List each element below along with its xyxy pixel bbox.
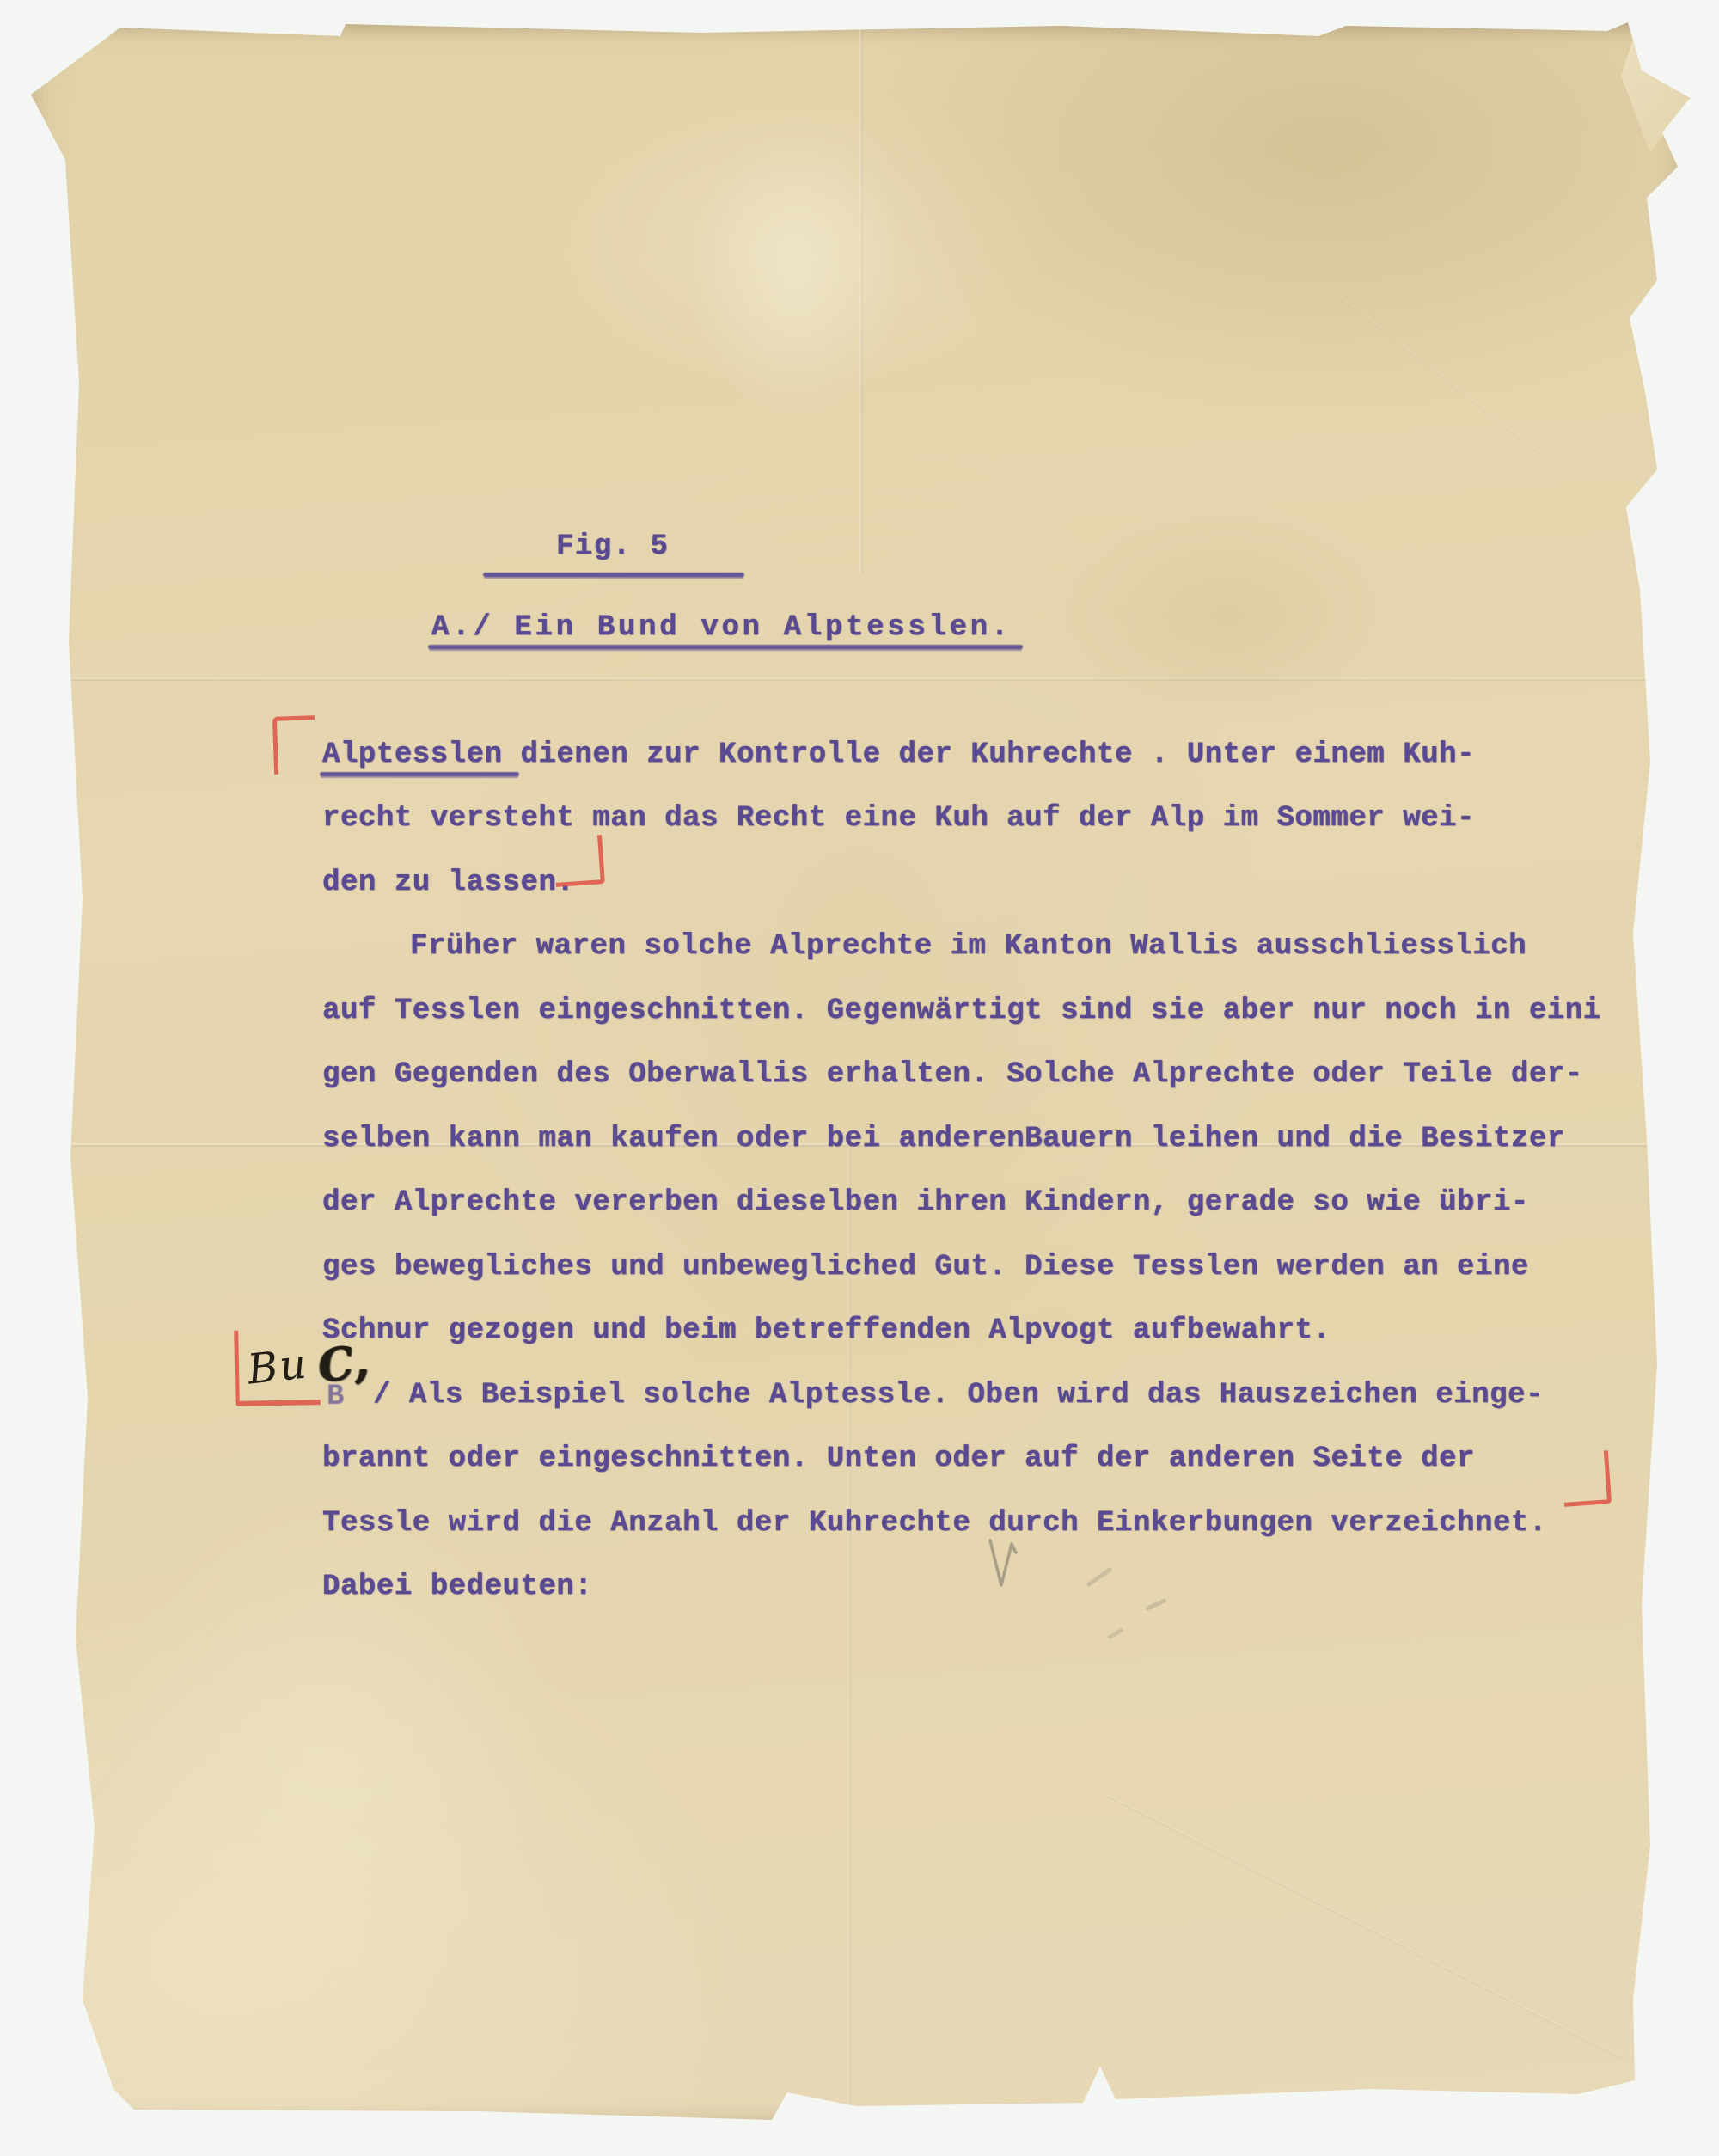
vertical-fold-crease-lower: [847, 1148, 851, 2120]
underlined-word-alptesslen: Alptesslen: [322, 738, 503, 771]
paragraph-2-line-7: Schnur gezogen und beim betreffenden Alp…: [322, 1314, 1331, 1348]
paragraph-2-line-4: selben kann man kaufen oder bei anderenB…: [322, 1122, 1565, 1156]
red-bracket-close-paragraph-1: [553, 835, 605, 887]
red-bracket-open-paragraph-3: [234, 1329, 321, 1406]
pencil-smudge-3: [1107, 1627, 1124, 1639]
figure-label-underline: [483, 573, 744, 577]
paper-sheet: Fig. 5 A./ Ein Bund von Alptesslen. Alpt…: [31, 22, 1690, 2125]
paragraph-3-line-1: / Als Beispiel solche Alptessle. Oben wi…: [373, 1378, 1544, 1412]
paragraph-3-line-2: brannt oder eingeschnitten. Unten oder a…: [322, 1442, 1475, 1476]
pencil-smudge-2: [1145, 1598, 1167, 1612]
paragraph-2-line-5: der Alprechte vererben dieselben ihren K…: [322, 1185, 1529, 1220]
diagonal-crease-bottom-left: [82, 1600, 232, 1812]
diagonal-crease-bottom-right: [1104, 1793, 1626, 2061]
red-bracket-open-paragraph-1: [272, 715, 316, 775]
paragraph-1-line-2: recht versteht man das Recht eine Kuh au…: [322, 801, 1475, 836]
section-heading-underline: [428, 645, 1023, 649]
figure-label: Fig. 5: [556, 530, 669, 564]
section-heading: A./ Ein Bund von Alptesslen.: [431, 610, 1012, 645]
horizontal-fold-crease-upper: [31, 677, 1690, 681]
pencil-smudge-1: [1086, 1567, 1113, 1588]
diagonal-crease-top-left: [64, 126, 275, 205]
paper-light-patch-bottom: [108, 1484, 555, 2017]
paper-dark-patch: [1045, 504, 1406, 727]
diagonal-crease-top-right: [1319, 280, 1565, 473]
paragraph-1-line-1-rest: dienen zur Kontrolle der Kuhrechte . Unt…: [503, 738, 1475, 771]
paragraph-1-line-1: Alptesslen dienen zur Kontrolle der Kuhr…: [322, 738, 1475, 772]
paragraph-2-line-2: auf Tesslen eingeschnitten. Gegenwärtigt…: [322, 994, 1601, 1028]
paragraph-1-line-3: den zu lassen.: [322, 866, 574, 900]
torn-corner-flap: [1612, 24, 1691, 168]
paragraph-2-line-1: Früher waren solche Alprechte im Kanton …: [410, 929, 1526, 964]
red-bracket-close-paragraph-3: [1561, 1450, 1612, 1507]
paragraph-3-line-3: Tessle wird die Anzahl der Kuhrechte dur…: [322, 1506, 1547, 1540]
handwritten-overwrite-c: C,: [315, 1334, 371, 1393]
alptesslen-underline: [320, 772, 519, 776]
scanned-document-page: { "page": { "description": "Scanned type…: [0, 0, 1719, 2156]
paragraph-3-line-4: Dabei bedeuten:: [322, 1570, 592, 1604]
paragraph-2-line-3: gen Gegenden des Oberwallis erhalten. So…: [322, 1057, 1583, 1092]
vertical-fold-crease: [859, 22, 863, 573]
paper-light-patch: [684, 126, 908, 418]
pencil-check-mark: [985, 1534, 1025, 1594]
paragraph-2-line-6: ges bewegliches und unbewegliched Gut. D…: [322, 1250, 1529, 1284]
